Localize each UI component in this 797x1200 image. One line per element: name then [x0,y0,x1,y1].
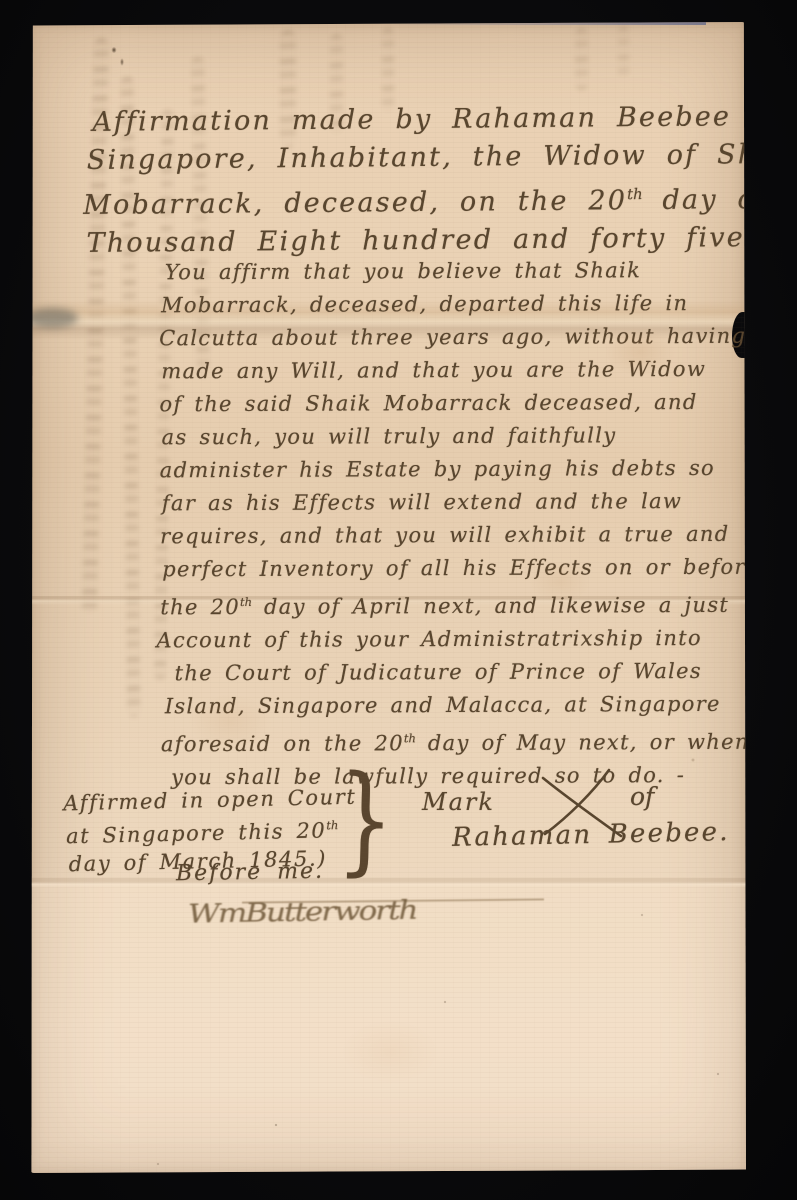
opening-paragraph: Affirmation made by Rahaman Beebee of Si… [92,96,746,263]
text-line: the Court of Judicature of Prince of Wal… [175,655,746,691]
text-line: Account of this your Administratrixship … [156,622,746,658]
text-line: You affirm that you believe that Shaik [165,254,746,290]
deponent-name: Rahaman Beebee. [452,817,730,853]
text-line: Affirmation made by Rahaman Beebee of [92,96,746,142]
text-line: Calcutta about three years ago, without … [159,320,746,356]
photo-background: Affirmation made by Rahaman Beebee of Si… [0,0,797,1200]
before-me-line: Before me. [176,859,324,887]
text-line: aforesaid on the 20th day of May next, o… [161,721,746,762]
text-line: administer his Estate by paying his debt… [160,452,746,488]
text-line: the 20th day of April next, and likewise… [160,584,746,625]
curly-brace: } [336,763,395,876]
top-edge-tint [386,22,706,25]
document-page: Affirmation made by Rahaman Beebee of Si… [30,22,746,1173]
text-line: made any Will, and that you are the Wido… [161,353,746,389]
text-line: perfect Inventory of all his Effects on … [162,551,746,587]
text-line: Island, Singapore and Malacca, at Singap… [165,688,746,724]
text-line: Singapore, Inhabitant, the Widow of Shai… [87,134,746,180]
text-line: far as his Effects will extend and the l… [162,485,746,521]
lower-page-tone [30,884,746,1173]
text-line: Mobarrack, deceased, departed this life … [161,287,746,323]
mark-of-word: of [630,782,654,811]
affirmation-body: You affirm that you believe that Shaik M… [159,254,746,795]
text-line: of the said Shaik Mobarrack deceased, an… [159,386,746,422]
ink-bleedthrough-column [618,26,629,78]
mark-label: Mark [422,788,495,816]
text-line: Mobarrack, deceased, on the 20th day of … [83,172,746,225]
text-line: requires, and that you will exhibit a tr… [160,518,746,554]
magistrate-signature: WmButterworth [188,895,417,930]
text-line: as such, you will truly and faithfully [162,419,746,455]
ink-bleedthrough-column [575,28,588,90]
